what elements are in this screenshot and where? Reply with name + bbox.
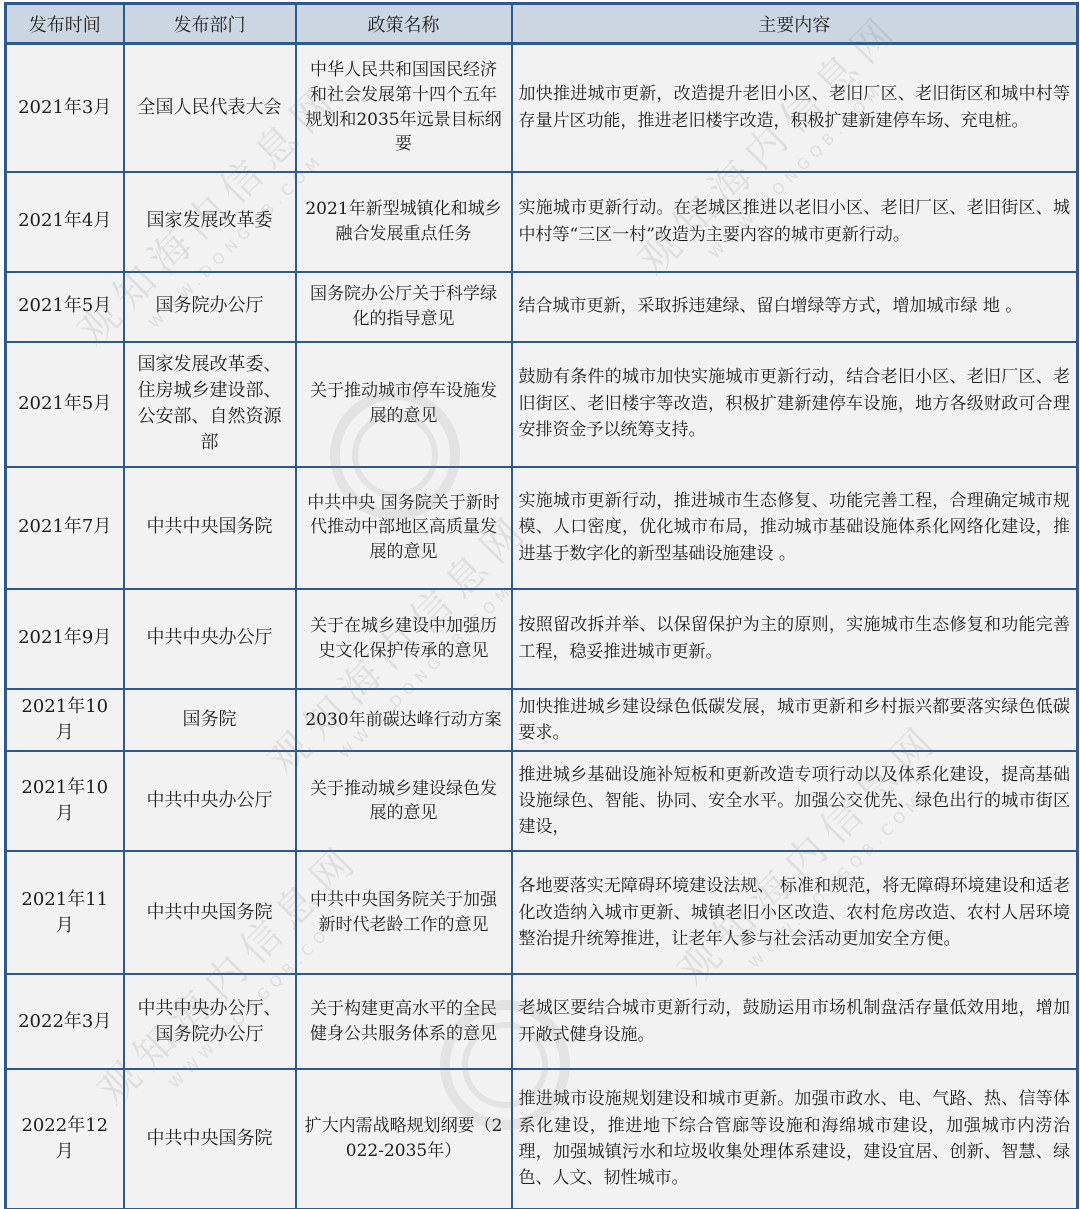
cell-policy-name: 国务院办公厅关于科学绿化的指导意见 <box>296 272 512 342</box>
cell-policy-name: 2021年新型城镇化和城乡融合发展重点任务 <box>296 172 512 272</box>
cell-main-content: 按照留改拆并举、以保留保护为主的原则，实施城市生态修复和功能完善工程，稳妥推进城… <box>512 589 1078 689</box>
table-row: 2021年3月 全国人民代表大会 中华人民共和国国民经济和社会发展第十四个五年规… <box>6 44 1078 172</box>
cell-main-content: 实施城市更新行动。在老城区推进以老旧小区、老旧厂区、老旧街区、城中村等“三区一村… <box>512 172 1078 272</box>
cell-publish-dept: 国家发展改革委 <box>124 172 296 272</box>
table-row: 2022年12月 中共中央国务院 扩大内需战略规划纲要（2022-2035年） … <box>6 1069 1078 1209</box>
cell-policy-name: 关于构建更高水平的全民健身公共服务体系的意见 <box>296 974 512 1069</box>
cell-policy-name: 中共中央国务院关于加强新时代老龄工作的意见 <box>296 851 512 974</box>
cell-publish-dept: 中共中央国务院 <box>124 467 296 589</box>
table-row: 2021年11月 中共中央国务院 中共中央国务院关于加强新时代老龄工作的意见 各… <box>6 851 1078 974</box>
cell-main-content: 推进城市设施规划建设和城市更新。加强市政水、电、气路、热、信等体系化建设，推进地… <box>512 1069 1078 1209</box>
table-row: 2021年9月 中共中央办公厅 关于在城乡建设中加强历史文化保护传承的意见 按照… <box>6 589 1078 689</box>
cell-policy-name: 关于推动城乡建设绿色发展的意见 <box>296 751 512 851</box>
cell-publish-dept: 中共中央办公厅、国务院办公厅 <box>124 974 296 1069</box>
header-policy-name: 政策名称 <box>296 4 512 44</box>
header-publish-dept: 发布部门 <box>124 4 296 44</box>
table-row: 2021年5月 国务院办公厅 国务院办公厅关于科学绿化的指导意见 结合城市更新，… <box>6 272 1078 342</box>
cell-policy-name: 扩大内需战略规划纲要（2022-2035年） <box>296 1069 512 1209</box>
table-header-row: 发布时间 发布部门 政策名称 主要内容 <box>6 4 1078 44</box>
cell-publish-time: 2021年11月 <box>6 851 124 974</box>
cell-publish-dept: 中共中央办公厅 <box>124 589 296 689</box>
cell-publish-time: 2021年5月 <box>6 342 124 467</box>
cell-policy-name: 关于在城乡建设中加强历史文化保护传承的意见 <box>296 589 512 689</box>
policy-table-page: 发布时间 发布部门 政策名称 主要内容 2021年3月 全国人民代表大会 中华人… <box>0 0 1080 1209</box>
cell-main-content: 鼓励有条件的城市加快实施城市更新行动，结合老旧小区、老旧厂区、老旧街区、老旧楼宇… <box>512 342 1078 467</box>
cell-main-content: 各地要落实无障碍环境建设法规、 标准和规范，将无障碍环境建设和适老化改造纳入城市… <box>512 851 1078 974</box>
cell-main-content: 老城区要结合城市更新行动，鼓励运用市场机制盘活存量低效用地，增加开敞式健身设施。 <box>512 974 1078 1069</box>
table-row: 2021年4月 国家发展改革委 2021年新型城镇化和城乡融合发展重点任务 实施… <box>6 172 1078 272</box>
cell-publish-dept: 中共中央办公厅 <box>124 751 296 851</box>
cell-publish-time: 2021年4月 <box>6 172 124 272</box>
cell-main-content: 加快推进城乡建设绿色低碳发展，城市更新和乡村振兴都要落实绿色低碳要求。 <box>512 689 1078 752</box>
cell-policy-name: 中共中央 国务院关于新时代推动中部地区高质量发展的意见 <box>296 467 512 589</box>
cell-publish-time: 2021年10月 <box>6 751 124 851</box>
table-body: 2021年3月 全国人民代表大会 中华人民共和国国民经济和社会发展第十四个五年规… <box>6 44 1078 1209</box>
cell-publish-time: 2022年3月 <box>6 974 124 1069</box>
cell-publish-dept: 中共中央国务院 <box>124 851 296 974</box>
cell-policy-name: 中华人民共和国国民经济和社会发展第十四个五年规划和2035年远景目标纲要 <box>296 44 512 172</box>
table-row: 2021年10月 中共中央办公厅 关于推动城乡建设绿色发展的意见 推进城乡基础设… <box>6 751 1078 851</box>
cell-publish-dept: 中共中央国务院 <box>124 1069 296 1209</box>
header-publish-time: 发布时间 <box>6 4 124 44</box>
header-main-content: 主要内容 <box>512 4 1078 44</box>
cell-policy-name: 2030年前碳达峰行动方案 <box>296 689 512 752</box>
cell-publish-time: 2021年9月 <box>6 589 124 689</box>
table-row: 2021年7月 中共中央国务院 中共中央 国务院关于新时代推动中部地区高质量发展… <box>6 467 1078 589</box>
cell-policy-name: 关于推动城市停车设施发展的意见 <box>296 342 512 467</box>
cell-publish-time: 2021年10月 <box>6 689 124 752</box>
table-row: 2021年5月 国家发展改革委、住房城乡建设部、公安部、自然资源部 关于推动城市… <box>6 342 1078 467</box>
cell-main-content: 加快推进城市更新，改造提升老旧小区、老旧厂区、老旧街区和城中村等存量片区功能，推… <box>512 44 1078 172</box>
cell-publish-time: 2021年5月 <box>6 272 124 342</box>
table-row: 2021年10月 国务院 2030年前碳达峰行动方案 加快推进城乡建设绿色低碳发… <box>6 689 1078 752</box>
cell-publish-dept: 国务院 <box>124 689 296 752</box>
cell-publish-time: 2022年12月 <box>6 1069 124 1209</box>
cell-publish-time: 2021年7月 <box>6 467 124 589</box>
cell-main-content: 推进城乡基础设施补短板和更新改造专项行动以及体系化建设，提高基础设施绿色、智能、… <box>512 751 1078 851</box>
table-row: 2022年3月 中共中央办公厅、国务院办公厅 关于构建更高水平的全民健身公共服务… <box>6 974 1078 1069</box>
cell-main-content: 实施城市更新行动，推进城市生态修复、功能完善工程，合理确定城市规模、人口密度，优… <box>512 467 1078 589</box>
cell-publish-dept: 全国人民代表大会 <box>124 44 296 172</box>
cell-publish-dept: 国务院办公厅 <box>124 272 296 342</box>
cell-publish-time: 2021年3月 <box>6 44 124 172</box>
cell-main-content: 结合城市更新，采取拆违建绿、留白增绿等方式，增加城市绿 地 。 <box>512 272 1078 342</box>
policy-table: 发布时间 发布部门 政策名称 主要内容 2021年3月 全国人民代表大会 中华人… <box>4 2 1079 1209</box>
cell-publish-dept: 国家发展改革委、住房城乡建设部、公安部、自然资源部 <box>124 342 296 467</box>
